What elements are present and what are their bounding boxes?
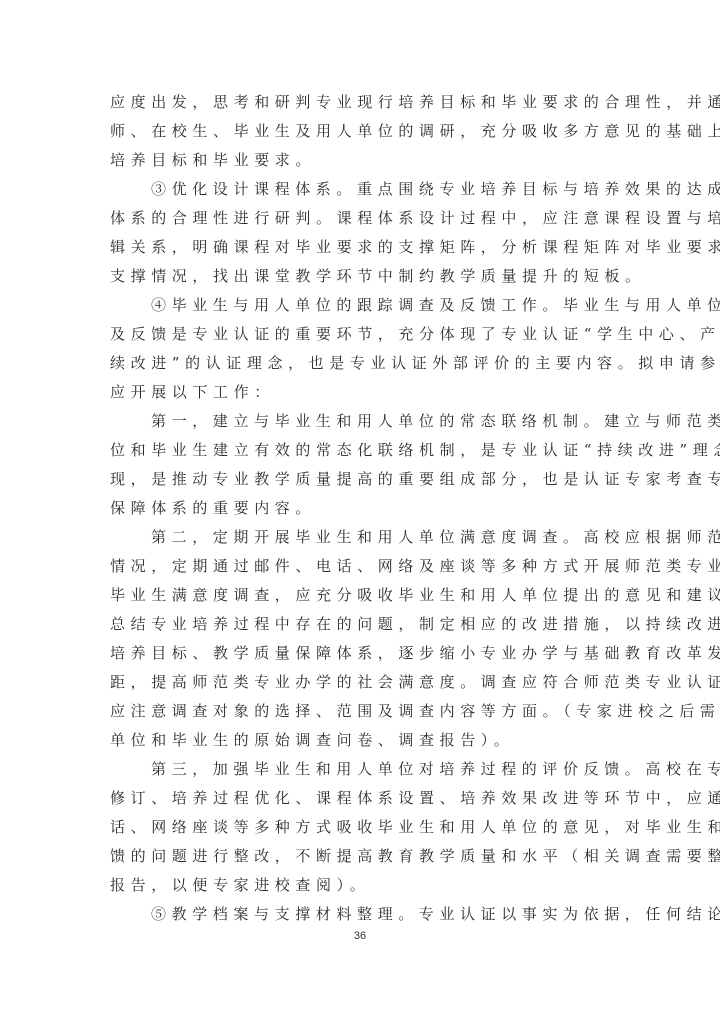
text-line: 应度出发，思考和研判专业现行培养目标和毕业要求的合理性，并通过对专业教 (110, 88, 612, 117)
text-line: ④毕业生与用人单位的跟踪调查及反馈工作。毕业生与用人单位的跟踪调查 (110, 291, 612, 320)
text-line: 应开展以下工作： (110, 378, 612, 407)
text-line: 应注意调查对象的选择、范围及调查内容等方面。（专家进校之后需要提供用人 (110, 697, 612, 726)
text-line: 报告，以便专家进校查阅）。 (110, 871, 612, 900)
text-line: 毕业生满意度调查，应充分吸收毕业生和用人单位提出的意见和建议，认真分析 (110, 581, 612, 610)
text-line: 及反馈是专业认证的重要环节，充分体现了专业认证“学生中心、产出导向、持 (110, 320, 612, 349)
text-line: ⑤教学档案与支撑材料整理。专业认证以事实为依据，任何结论均需提供支 (110, 900, 612, 929)
text-line: 续改进”的认证理念，也是专业认证外部评价的主要内容。拟申请参加认证高校 (110, 349, 612, 378)
page-number: 36 (0, 930, 720, 942)
text-line: 保障体系的重要内容。 (110, 494, 612, 523)
text-line: 位和毕业生建立有效的常态化联络机制，是专业认证“持续改进”理念的重要体 (110, 436, 612, 465)
text-line: ③优化设计课程体系。重点围绕专业培养目标与培养效果的达成度，对课程 (110, 175, 612, 204)
text-line: 培养目标、教学质量保障体系，逐步缩小专业办学与基础教育改革发展需求的差 (110, 639, 612, 668)
text-line: 总结专业培养过程中存在的问题，制定相应的改进措施，以持续改进和完善专业 (110, 610, 612, 639)
text-line: 支撑情况，找出课堂教学环节中制约教学质量提升的短板。 (110, 262, 612, 291)
text-line: 情况，定期通过邮件、电话、网络及座谈等多种方式开展师范类专业用人单位和 (110, 552, 612, 581)
text-line: 修订、培养过程优化、课程体系设置、培养效果改进等环节中，应通过邮件、电 (110, 784, 612, 813)
text-line: 培养目标和毕业要求。 (110, 146, 612, 175)
text-line: 话、网络座谈等多种方式吸收毕业生和用人单位的意见，对毕业生和用人单位反 (110, 813, 612, 842)
text-line: 体系的合理性进行研判。课程体系设计过程中，应注意课程设置与培养目标的逻 (110, 204, 612, 233)
text-line: 距，提高师范类专业办学的社会满意度。调查应符合师范类专业认证的基本要求， (110, 668, 612, 697)
text-line: 现，是推动专业教学质量提高的重要组成部分，也是认证专家考查专业教学质量 (110, 465, 612, 494)
document-page: 应度出发，思考和研判专业现行培养目标和毕业要求的合理性，并通过对专业教师、在校生… (0, 0, 720, 1018)
text-line: 馈的问题进行整改，不断提高教育教学质量和水平（相关调查需要整理形成调查 (110, 842, 612, 871)
text-line: 第一，建立与毕业生和用人单位的常态联络机制。建立与师范类专业用人单 (110, 407, 612, 436)
body-text: 应度出发，思考和研判专业现行培养目标和毕业要求的合理性，并通过对专业教师、在校生… (110, 88, 612, 929)
text-line: 单位和毕业生的原始调查问卷、调查报告）。 (110, 726, 612, 755)
text-line: 辑关系，明确课程对毕业要求的支撑矩阵，分析课程矩阵对毕业要求各指标点的 (110, 233, 612, 262)
text-line: 第二，定期开展毕业生和用人单位满意度调查。高校应根据师范类专业实际 (110, 523, 612, 552)
text-line: 第三，加强毕业生和用人单位对培养过程的评价反馈。高校在专业培养方案 (110, 755, 612, 784)
text-line: 师、在校生、毕业生及用人单位的调研，充分吸收多方意见的基础上，修订专业 (110, 117, 612, 146)
